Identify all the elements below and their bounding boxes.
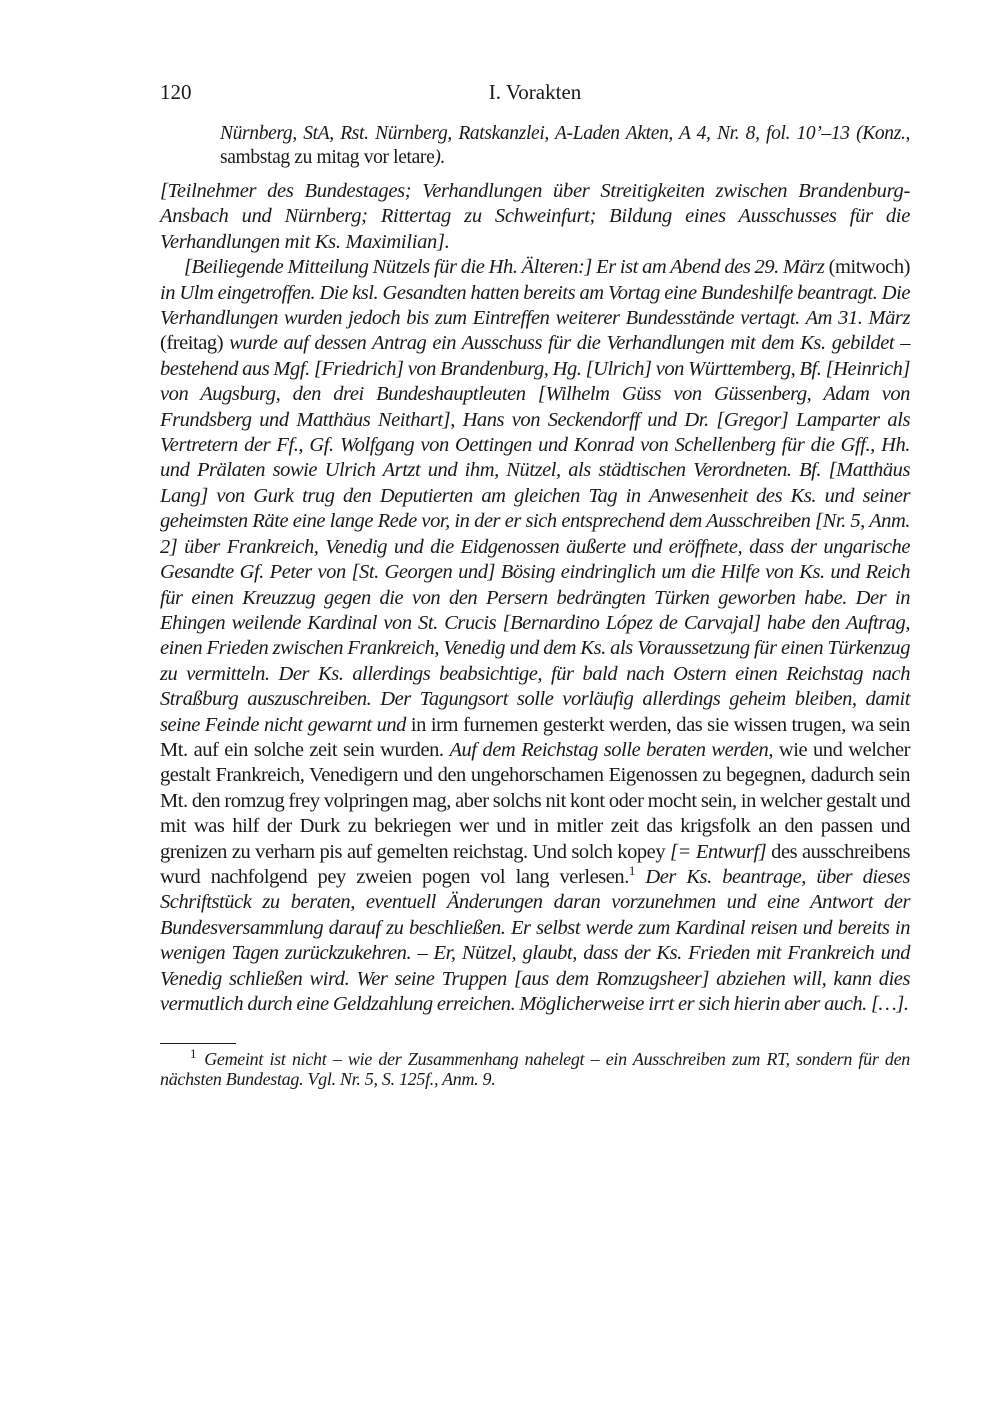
source-date: sambstag zu mitag vor letare xyxy=(220,147,434,168)
archive-reference: Nürnberg, StA, Rst. Nürnberg, Ratskanzle… xyxy=(220,123,850,144)
running-title: I. Vorakten xyxy=(160,78,910,106)
running-header: 120 I. Vorakten xyxy=(160,78,910,106)
document-page: 120 I. Vorakten Nürnberg, StA, Rst. Nürn… xyxy=(160,78,910,1089)
body-segment: [Beiliegende Mitteilung Nützels für die … xyxy=(184,256,824,278)
footnote-reference[interactable]: 1 xyxy=(629,863,635,878)
source-citation: Nürnberg, StA, Rst. Nürnberg, Ratskanzle… xyxy=(160,122,910,170)
footnote-divider xyxy=(160,1043,236,1044)
body-segment: Der Ks. beantrage, über dieses Schriftst… xyxy=(160,866,910,1015)
editorial-gloss: [= Entwurf] xyxy=(670,841,766,863)
body-quote: (freitag) xyxy=(160,332,223,354)
document-summary: [Teilnehmer des Bundestages; Verhandlung… xyxy=(160,179,910,255)
footnote-number: 1 xyxy=(190,1046,196,1061)
footnote: 1Gemeint ist nicht – wie der Zusammenhan… xyxy=(160,1049,910,1089)
body-quote: (mitwoch) xyxy=(829,256,910,278)
body-segment: Auf dem Reichstag solle beraten werden, xyxy=(449,739,773,761)
main-paragraph: [Beiliegende Mitteilung Nützels für die … xyxy=(160,255,910,1017)
document-type-label: (Konz., xyxy=(856,123,910,144)
footnote-text: Gemeint ist nicht – wie der Zusammenhang… xyxy=(160,1049,910,1089)
body-segment: in Ulm eingetroffen. Die ksl. Gesandten … xyxy=(160,282,910,329)
source-close: ). xyxy=(434,147,445,168)
body-segment: wurde auf dessen Antrag ein Ausschuss fü… xyxy=(160,332,910,735)
